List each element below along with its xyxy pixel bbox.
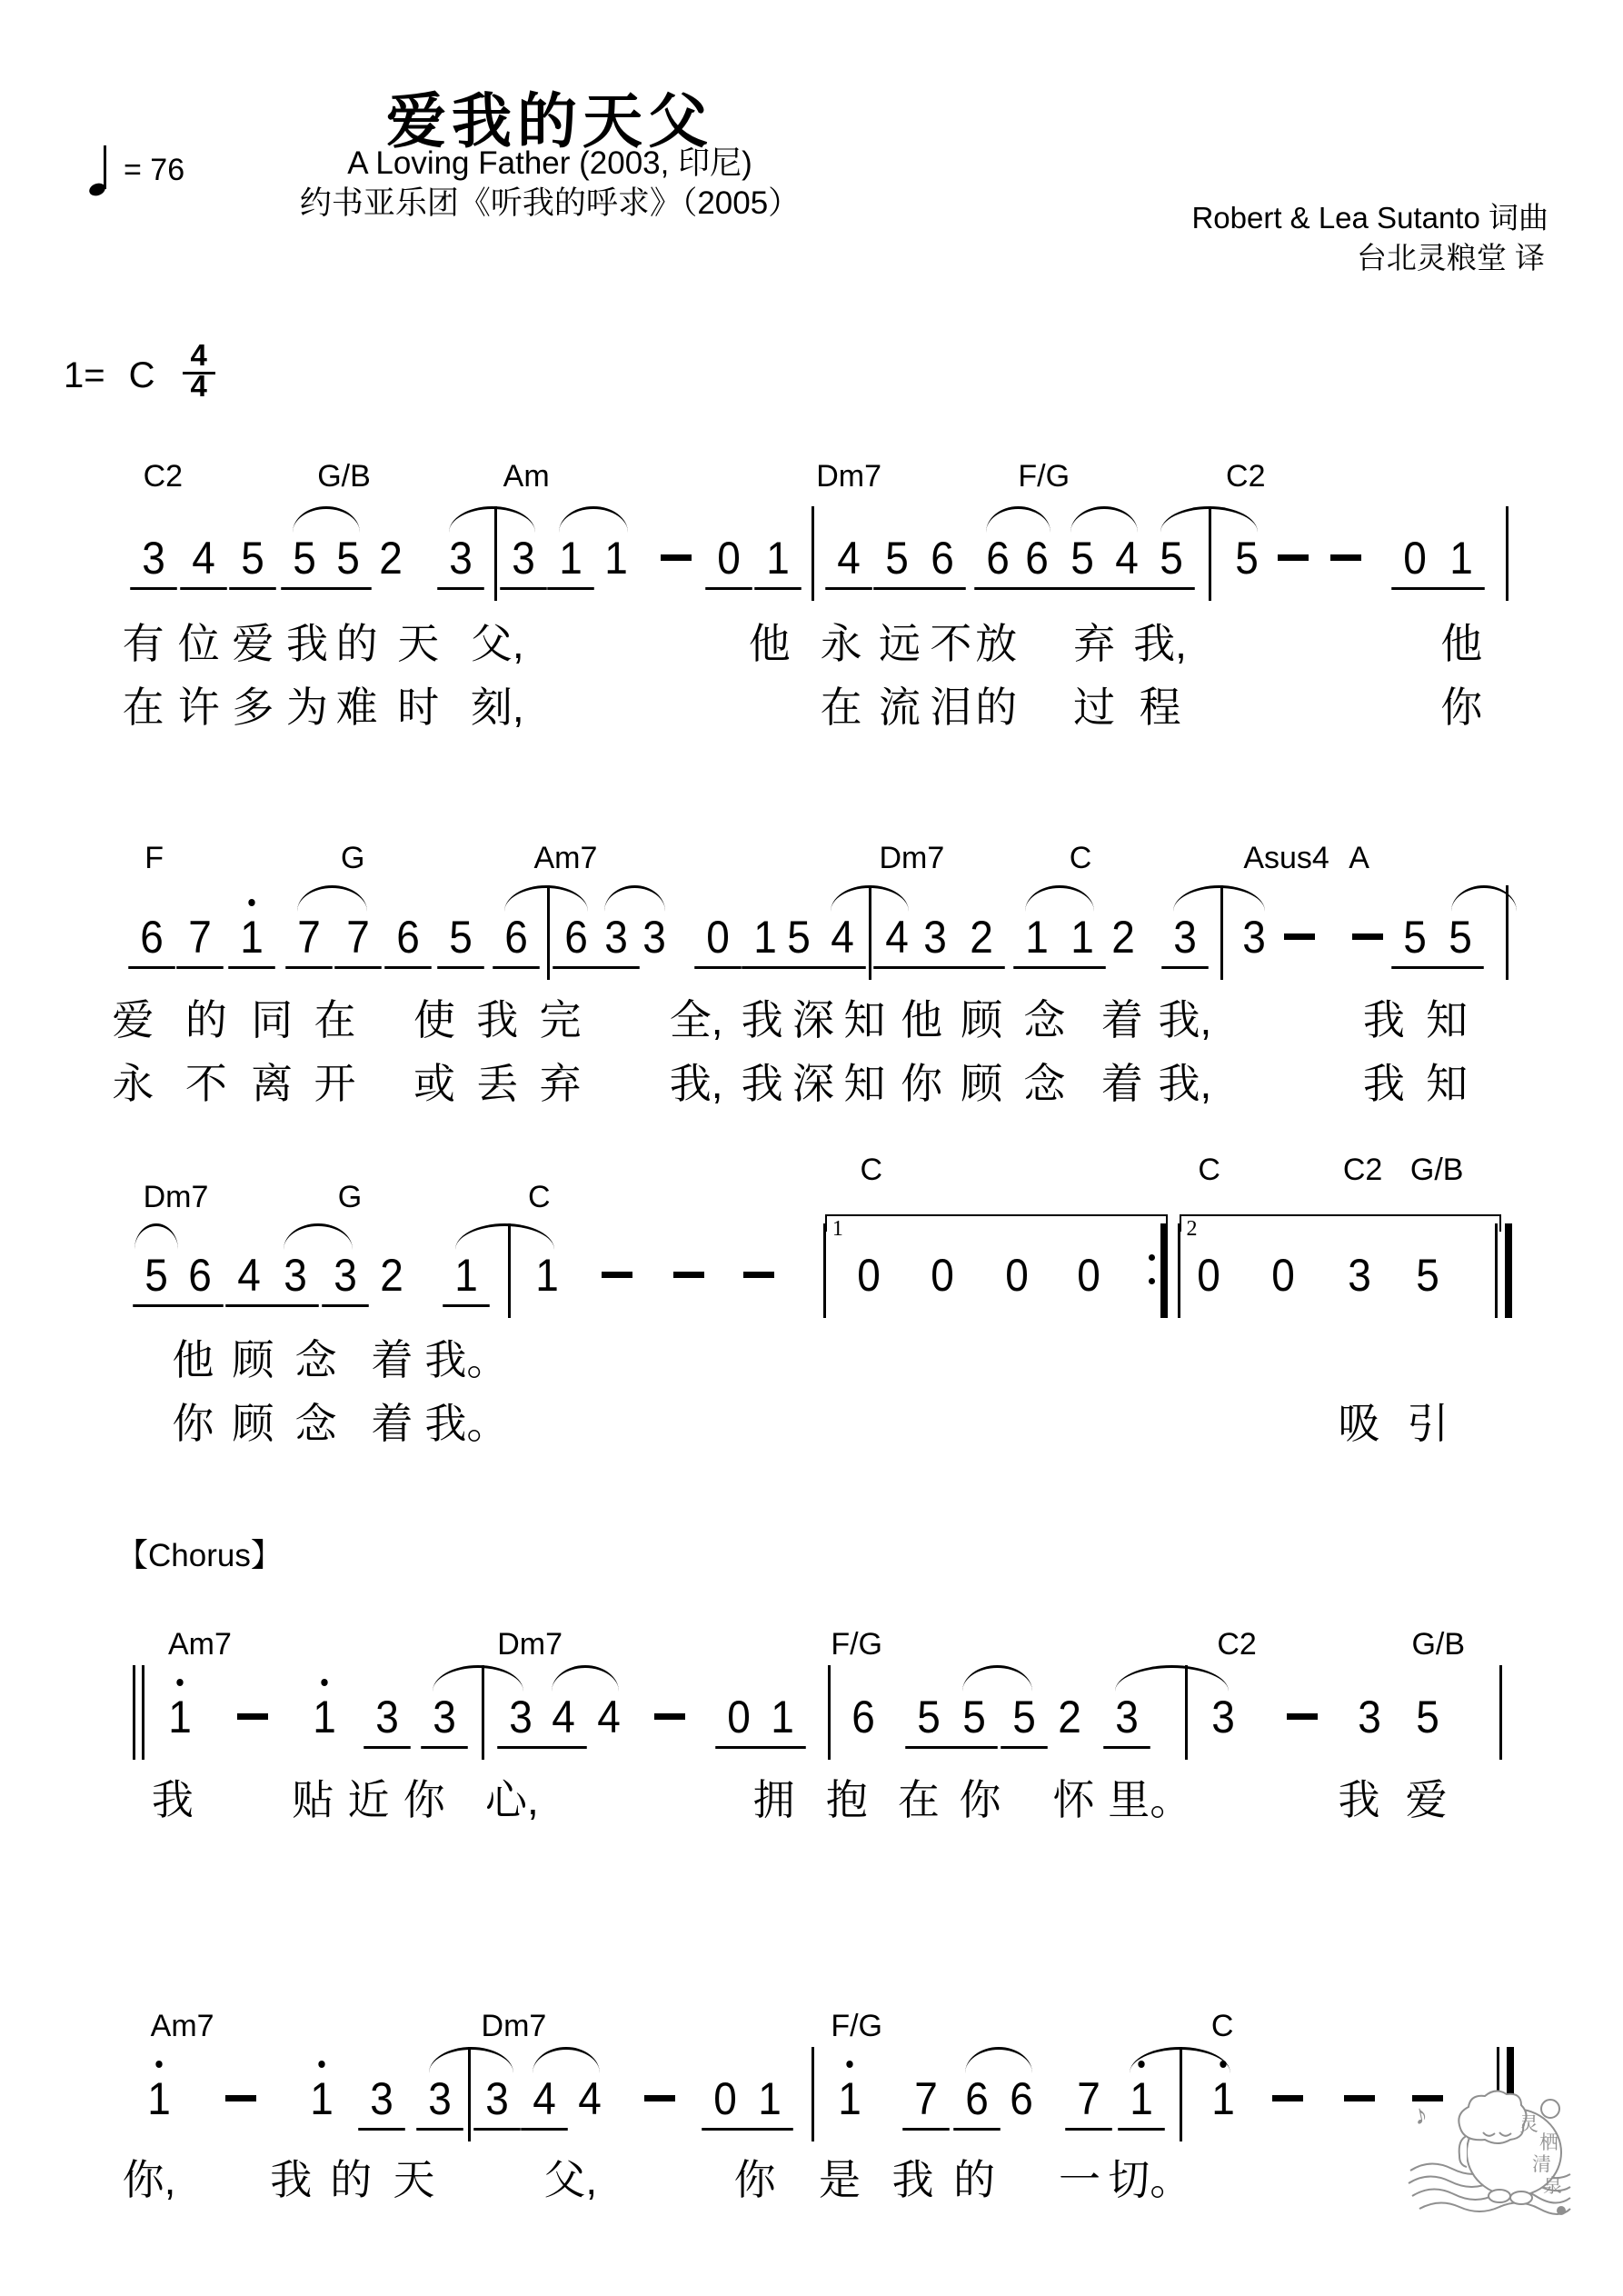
eighth-underline: [473, 2128, 521, 2131]
duration-dash: [1344, 2095, 1375, 2101]
eighth-underline: [437, 966, 484, 970]
note-token: 1: [1204, 2071, 1242, 2127]
note-token: 4: [544, 1689, 582, 1745]
chord-label: Dm7: [144, 1180, 209, 1215]
duration-dash: [602, 1272, 632, 1278]
slur-arc: [1115, 1665, 1230, 1692]
barline-stroke: [1160, 1223, 1168, 1318]
lyric-char: 父,: [543, 2147, 597, 2207]
note-token: 3: [1107, 1689, 1145, 1745]
note-token: 3: [596, 909, 634, 965]
eighth-underline: [422, 1746, 469, 1750]
chord-label: C: [1198, 1153, 1220, 1188]
note-token: 4: [525, 2071, 563, 2127]
repeat-dot: [1149, 1254, 1155, 1261]
chord-label: C2: [144, 459, 183, 494]
slur-arc: [293, 506, 360, 533]
eighth-underline: [437, 587, 484, 591]
eighth-underline: [1103, 1746, 1150, 1750]
duration-dash: [1352, 933, 1383, 940]
lyric-char: 抱: [826, 1767, 868, 1827]
eighth-underline: [1118, 2128, 1165, 2131]
chord-label: F: [144, 841, 164, 876]
lyric-char: 丢: [476, 1051, 518, 1111]
lyric-char: 切。: [1108, 2147, 1191, 2207]
eighth-underline: [1438, 587, 1485, 591]
barline: [1499, 1665, 1523, 1760]
score-area: C2G/BAmDm7F/GC234555233110145666545501有位…: [82, 0, 1545, 2296]
note-token: 0: [720, 1689, 758, 1745]
lyric-char: 着: [371, 1327, 413, 1387]
eighth-underline: [958, 966, 1005, 970]
eighth-underline: [954, 2128, 1001, 2131]
lyric-char: 引: [1407, 1391, 1449, 1451]
note-token: 1: [831, 2071, 869, 2127]
repeat-dot: [1149, 1278, 1155, 1284]
eighth-underline: [911, 966, 959, 970]
chord-label: Am7: [168, 1627, 232, 1662]
lyric-char: 我: [1363, 987, 1405, 1047]
eighth-underline: [702, 2128, 750, 2131]
lyric-char: 我,: [1159, 1051, 1212, 1111]
barline-stroke: [811, 2047, 814, 2141]
eighth-underline: [1391, 587, 1439, 591]
chord-label: Am: [503, 459, 550, 494]
note-token: 1: [759, 530, 797, 586]
note-token: 3: [421, 2071, 459, 2127]
lyric-char: 泪: [930, 674, 971, 734]
note-token: 3: [363, 2071, 401, 2127]
note-token: 1: [596, 530, 634, 586]
note-token: 3: [1166, 909, 1204, 965]
chord-label: G/B: [1410, 1153, 1464, 1188]
lyric-char: 爱: [1406, 1767, 1448, 1827]
note-token: 3: [1350, 1689, 1389, 1745]
note-token: 1: [1018, 909, 1056, 965]
lyric-char: 不: [930, 611, 971, 671]
lyric-char: 流: [879, 674, 921, 734]
lyric-char: 我。: [424, 1327, 508, 1387]
lyric-char: 贴: [292, 1767, 334, 1827]
lyric-char: 我: [270, 2147, 312, 2207]
note-token: 1: [1063, 909, 1101, 965]
lyric-char: 拥: [753, 1767, 795, 1827]
octave-dot: [318, 2061, 324, 2068]
lyric-char: 刻,: [471, 674, 524, 734]
slur-arc: [1070, 506, 1138, 533]
lyric-char: 他: [901, 987, 942, 1047]
note-token: 1: [161, 1689, 199, 1745]
note-token: 7: [907, 2071, 945, 2127]
lyric-char: 弃: [1073, 611, 1115, 671]
note-token: 1: [447, 1247, 485, 1303]
lyric-char: 你,: [123, 2147, 176, 2207]
lyric-char: 你: [960, 1767, 1001, 1827]
duration-dash: [237, 1713, 268, 1720]
eighth-underline: [177, 1304, 224, 1308]
lyric-char: 是: [819, 2147, 861, 2207]
barline-stroke: [1499, 1665, 1502, 1760]
note-token: 6: [1001, 2071, 1040, 2127]
note-token: 6: [979, 530, 1017, 586]
note-token: 0: [850, 1247, 888, 1303]
eighth-underline: [281, 587, 328, 591]
note-token: 4: [229, 1247, 267, 1303]
note-token: 4: [823, 909, 861, 965]
note-token: 1: [552, 530, 590, 586]
octave-dot: [1220, 2061, 1226, 2068]
note-token: 3: [1204, 1689, 1242, 1745]
barline-stroke: [823, 1223, 826, 1318]
eighth-underline: [705, 587, 752, 591]
note-token: 5: [910, 1689, 948, 1745]
note-token: 2: [962, 909, 1001, 965]
lyric-char: 完: [539, 987, 581, 1047]
note-token: 0: [1070, 1247, 1108, 1303]
duration-dash: [654, 1713, 685, 1720]
note-token: 3: [442, 530, 480, 586]
note-token: 5: [329, 530, 367, 586]
barline: [1180, 2047, 1203, 2141]
lyric-char: 里。: [1108, 1767, 1191, 1827]
eighth-underline: [819, 966, 866, 970]
barline-stroke: [1209, 506, 1211, 601]
slur-arc: [433, 1665, 523, 1692]
barline: [1495, 1223, 1518, 1318]
eighth-underline: [500, 587, 547, 591]
slur-arc: [455, 1223, 554, 1250]
eighth-underline: [775, 966, 822, 970]
note-token: 6: [389, 909, 427, 965]
chord-label: Dm7: [879, 841, 944, 876]
note-token: 3: [134, 530, 173, 586]
lyric-char: 知: [1426, 987, 1468, 1047]
logo-char-2: 栖: [1539, 2132, 1558, 2153]
barline-stroke: [482, 1665, 484, 1760]
lyric-char: 的: [953, 2147, 995, 2207]
barline-stroke: [494, 506, 497, 601]
eighth-underline: [1103, 587, 1150, 591]
barline-stroke: [1220, 885, 1223, 980]
lyric-char: 我: [1363, 1051, 1405, 1111]
eighth-underline: [1437, 966, 1484, 970]
octave-dot: [322, 1679, 328, 1686]
note-token: 0: [699, 909, 737, 965]
lyric-char: 使: [413, 987, 455, 1047]
lyric-char: 的: [185, 987, 227, 1047]
lyric-char: 弃: [539, 1051, 581, 1111]
eighth-underline: [1065, 2128, 1112, 2131]
lyric-char: 放: [975, 611, 1017, 671]
note-token: 3: [1234, 909, 1272, 965]
eighth-underline: [746, 2128, 793, 2131]
lyric-char: 的: [330, 2147, 372, 2207]
lyric-char: 一: [1059, 2147, 1100, 2207]
duration-dash: [1287, 1713, 1318, 1720]
note-token: 1: [751, 2071, 789, 2127]
note-token: 3: [276, 1247, 314, 1303]
eighth-underline: [1161, 966, 1209, 970]
note-token: 5: [1005, 1689, 1043, 1745]
note-token: 6: [557, 909, 595, 965]
eighth-underline: [540, 1746, 587, 1750]
eighth-underline: [1059, 966, 1106, 970]
slur-arc: [1025, 885, 1094, 912]
lyric-char: 爱: [112, 987, 154, 1047]
eighth-underline: [335, 966, 383, 970]
octave-dot: [248, 899, 254, 906]
note-token: 1: [763, 1689, 802, 1745]
lyric-char: 知: [843, 987, 885, 1047]
lyric-char: 多: [232, 674, 274, 734]
barline-stroke: [468, 2047, 471, 2141]
note-token: 5: [442, 909, 480, 965]
lyric-char: 过: [1073, 674, 1115, 734]
lyric-char: 我,: [1159, 987, 1212, 1047]
note-token: 0: [923, 1247, 961, 1303]
eighth-underline: [180, 587, 227, 591]
chord-label: C2: [1343, 1153, 1382, 1188]
barline-stroke: [869, 885, 871, 980]
chord-label: C: [528, 1180, 551, 1215]
lyric-char: 的: [336, 611, 378, 671]
lyric-char: 许: [178, 674, 220, 734]
lyric-char: 念: [295, 1391, 337, 1451]
note-token: 1: [305, 1689, 344, 1745]
note-token: 5: [285, 530, 324, 586]
lyric-char: 你: [901, 1051, 942, 1111]
note-token: 5: [1409, 1689, 1447, 1745]
eighth-underline: [493, 966, 540, 970]
lyric-char: 时: [397, 674, 439, 734]
barline-stroke: [142, 1665, 144, 1760]
music-note-icon: ♪: [1410, 2099, 1430, 2131]
barline-stroke: [1185, 1665, 1188, 1760]
eighth-underline: [873, 587, 921, 591]
note-token: 0: [998, 1247, 1036, 1303]
chord-label: G: [341, 841, 364, 876]
eighth-underline: [521, 2128, 568, 2131]
lyric-char: 天: [393, 2147, 434, 2207]
note-token: 1: [140, 2071, 178, 2127]
chord-label: A: [1349, 841, 1369, 876]
note-token: 3: [368, 1689, 406, 1745]
note-token: 3: [478, 2071, 516, 2127]
lyric-char: 的: [975, 674, 1017, 734]
note-token: 6: [923, 530, 961, 586]
note-token: 1: [1442, 530, 1480, 586]
slur-arc: [552, 1665, 619, 1692]
slur-arc: [559, 506, 628, 533]
logo-char-1: 灵: [1519, 2114, 1538, 2135]
note-token: 5: [780, 909, 818, 965]
lyric-char: 他: [172, 1327, 214, 1387]
duration-dash: [1278, 554, 1309, 561]
slur-arc: [449, 506, 535, 533]
eighth-underline: [1391, 966, 1439, 970]
lyric-char: 开: [314, 1051, 356, 1111]
lyric-char: 不: [185, 1051, 227, 1111]
chord-label: Am7: [533, 841, 597, 876]
lyric-char: 在: [898, 1767, 940, 1827]
lyric-char: 难: [336, 674, 378, 734]
note-token: 6: [844, 1689, 882, 1745]
lyric-char: 念: [1023, 1051, 1065, 1111]
barline-stroke: [1178, 1223, 1180, 1318]
chord-label: Am7: [151, 2009, 214, 2044]
eighth-underline: [592, 966, 640, 970]
chord-label: Dm7: [497, 1627, 563, 1662]
barline-stroke: [1505, 1223, 1512, 1318]
octave-dot: [847, 2061, 853, 2068]
chord-label: C2: [1226, 459, 1265, 494]
lyric-char: 我: [286, 611, 328, 671]
note-token: 5: [1396, 909, 1434, 965]
note-token: 6: [133, 909, 171, 965]
chord-label: C: [1211, 2009, 1234, 2044]
eighth-underline: [1014, 966, 1061, 970]
lyric-char: 我: [742, 987, 783, 1047]
lyric-char: 或: [413, 1051, 455, 1111]
lyric-char: 你: [172, 1391, 214, 1451]
eighth-underline: [1001, 1746, 1048, 1750]
eighth-underline: [358, 2128, 405, 2131]
eighth-underline: [364, 1746, 412, 1750]
note-token: 4: [589, 1689, 627, 1745]
eighth-underline: [547, 587, 594, 591]
lyric-char: 父,: [471, 611, 524, 671]
lyric-char: 我: [152, 1767, 194, 1827]
eighth-underline: [695, 966, 742, 970]
chord-label: F/G: [831, 1627, 882, 1662]
eighth-underline: [225, 1304, 273, 1308]
lyric-char: 我: [476, 987, 518, 1047]
note-token: 5: [955, 1689, 993, 1745]
eighth-underline: [230, 587, 277, 591]
lyric-char: 你: [403, 1767, 445, 1827]
lyric-char: 你: [734, 2147, 776, 2207]
note-token: 2: [373, 1247, 411, 1303]
eighth-underline: [443, 1304, 491, 1308]
octave-dot: [1138, 2061, 1144, 2068]
note-token: 6: [497, 909, 535, 965]
barline-stroke: [1495, 1223, 1498, 1318]
lyric-char: 在: [821, 674, 862, 734]
lyric-char: 全,: [670, 987, 723, 1047]
lyric-char: 念: [1023, 987, 1065, 1047]
lyric-char: 怀: [1053, 1767, 1095, 1827]
lyric-char: 我。: [424, 1391, 508, 1451]
chord-label: G: [338, 1180, 362, 1215]
barline: [1506, 885, 1529, 980]
eighth-underline: [905, 1746, 952, 1750]
barline-stroke: [828, 1665, 831, 1760]
barline-stroke: [547, 885, 550, 980]
note-token: 3: [326, 1247, 364, 1303]
eighth-underline: [272, 1304, 319, 1308]
chord-label: F/G: [831, 2009, 882, 2044]
lyric-char: 心,: [485, 1767, 539, 1827]
lyric-char: 着: [371, 1391, 413, 1451]
chord-label: C: [1070, 841, 1092, 876]
eighth-underline: [322, 1304, 369, 1308]
eighth-underline: [1014, 587, 1061, 591]
duration-dash: [1272, 2095, 1303, 2101]
barline-stroke: [1506, 885, 1508, 980]
note-token: 3: [634, 909, 672, 965]
eighth-underline: [715, 1746, 762, 1750]
note-token: 1: [746, 909, 784, 965]
lyric-char: 离: [251, 1051, 293, 1111]
slur-arc: [962, 1665, 1032, 1692]
note-token: 5: [1063, 530, 1101, 586]
octave-dot: [156, 2061, 163, 2068]
note-token: 1: [233, 909, 271, 965]
note-token: 7: [181, 909, 219, 965]
eighth-underline: [384, 966, 432, 970]
note-token: 4: [829, 530, 867, 586]
note-token: 3: [915, 909, 953, 965]
lyric-char: 念: [295, 1327, 337, 1387]
sheep-logo: 灵 栖 清 泉 ♪: [1407, 2083, 1576, 2234]
note-token: 4: [570, 2071, 608, 2127]
note-token: 0: [709, 530, 747, 586]
note-token: 7: [289, 909, 327, 965]
note-token: 2: [1050, 1689, 1089, 1745]
note-token: 3: [425, 1689, 463, 1745]
note-token: 5: [1227, 530, 1265, 586]
logo-char-4: 泉: [1543, 2176, 1562, 2197]
duration-dash: [1330, 554, 1361, 561]
slur-arc: [134, 1223, 178, 1250]
eighth-underline: [902, 2128, 950, 2131]
eighth-underline: [497, 1746, 544, 1750]
note-token: 4: [184, 530, 222, 586]
chord-label: F/G: [1018, 459, 1070, 494]
note-token: 1: [303, 2071, 341, 2127]
eighth-underline: [951, 1746, 998, 1750]
note-token: 5: [1152, 530, 1190, 586]
note-token: 5: [137, 1247, 175, 1303]
slur-arc: [965, 2047, 1032, 2073]
duration-dash: [673, 1272, 704, 1278]
eighth-underline: [759, 1746, 806, 1750]
lyric-char: 深: [792, 987, 834, 1047]
duration-dash: [1284, 933, 1315, 940]
eighth-underline: [177, 966, 224, 970]
lyric-char: 在: [123, 674, 164, 734]
lyric-char: 程: [1140, 674, 1181, 734]
lyric-char: 顾: [232, 1327, 274, 1387]
note-token: 7: [1070, 2071, 1108, 2127]
eighth-underline: [133, 1304, 180, 1308]
lyric-char: 远: [879, 611, 921, 671]
volta-bracket: 2: [1180, 1214, 1502, 1232]
chord-label: G/B: [317, 459, 371, 494]
chord-label: Asus4: [1243, 841, 1329, 876]
lyric-char: 吸: [1339, 1391, 1380, 1451]
note-token: 4: [1107, 530, 1145, 586]
barline: [823, 1223, 847, 1318]
barline-stroke: [1180, 2047, 1182, 2141]
slur-arc: [604, 885, 666, 912]
eighth-underline: [129, 966, 176, 970]
lyric-char: 在: [314, 987, 356, 1047]
lyric-char: 我: [742, 1051, 783, 1111]
lyric-char: 有: [123, 611, 164, 671]
slur-arc: [986, 506, 1050, 533]
lyric-char: 天: [397, 611, 439, 671]
